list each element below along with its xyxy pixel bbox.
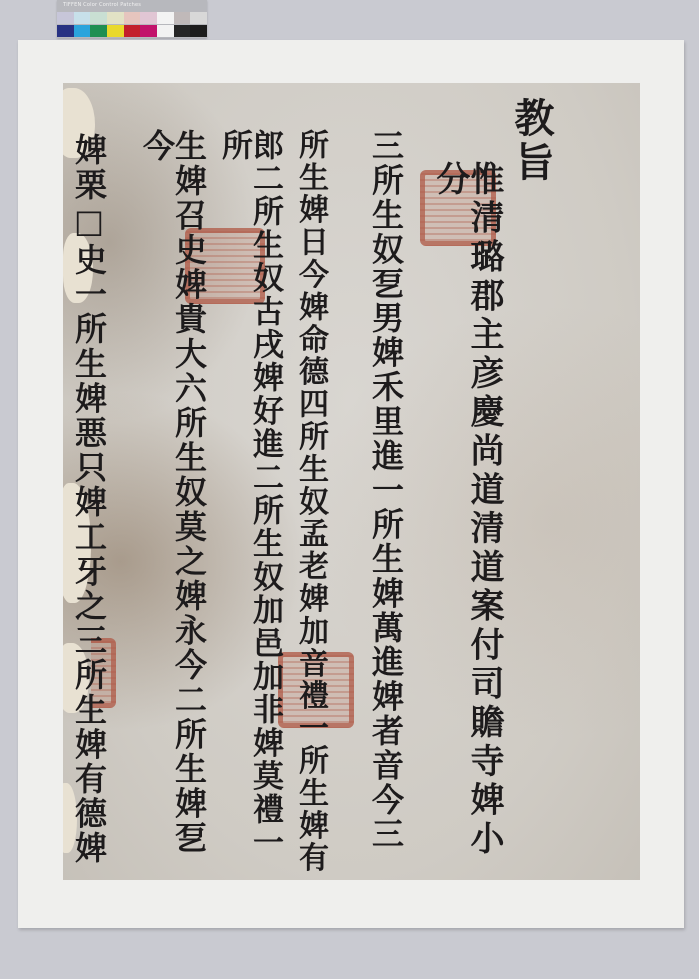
color-patch [190, 12, 207, 24]
color-patch [140, 12, 157, 24]
color-patch [57, 25, 74, 37]
color-patch [74, 12, 91, 24]
color-patch [140, 25, 157, 37]
color-patch [107, 12, 124, 24]
color-patches-dark [57, 25, 207, 37]
document-sheet: 教旨 惟清璐郡主彦慶尚道清道案付司贍寺婢小分 三所生奴乭男婢禾里進一所生婢萬進婢… [63, 83, 640, 880]
color-patch [74, 25, 91, 37]
color-patch [107, 25, 124, 37]
color-patches-light [57, 12, 207, 24]
color-patch [157, 12, 174, 24]
color-checker-card: TIFFEN Color Control Patches [57, 0, 207, 38]
color-patch [157, 25, 174, 37]
color-patch [124, 12, 141, 24]
color-patch [174, 25, 191, 37]
color-patch [57, 12, 74, 24]
color-patch [174, 12, 191, 24]
text-column-2: 三所生奴乭男婢禾里進一所生婢萬進婢者音今三 [370, 129, 402, 851]
document-title: 教旨 [511, 97, 551, 185]
text-column-3: 所生婢日今婢命德四所生奴孟老婢加音禮一所生婢有 [295, 129, 325, 874]
text-column-5: 生婢召史婢貴大六所生奴莫之婢永今二所生婢乭今 [141, 129, 205, 880]
color-patch [90, 25, 107, 37]
color-patch [190, 25, 207, 37]
text-column-1: 惟清璐郡主彦慶尚道清道案付司贍寺婢小分 [433, 161, 501, 880]
color-checker-label: TIFFEN Color Control Patches [63, 2, 203, 11]
text-column-6: 婢栗□史一所生婢悪只婢工牙之三所生婢有德婢 [73, 133, 105, 866]
color-patch [124, 25, 141, 37]
text-column-4: 郎二所生奴古戌婢好進二所生奴加邑加非婢莫禮一所 [218, 129, 280, 880]
color-patch [90, 12, 107, 24]
